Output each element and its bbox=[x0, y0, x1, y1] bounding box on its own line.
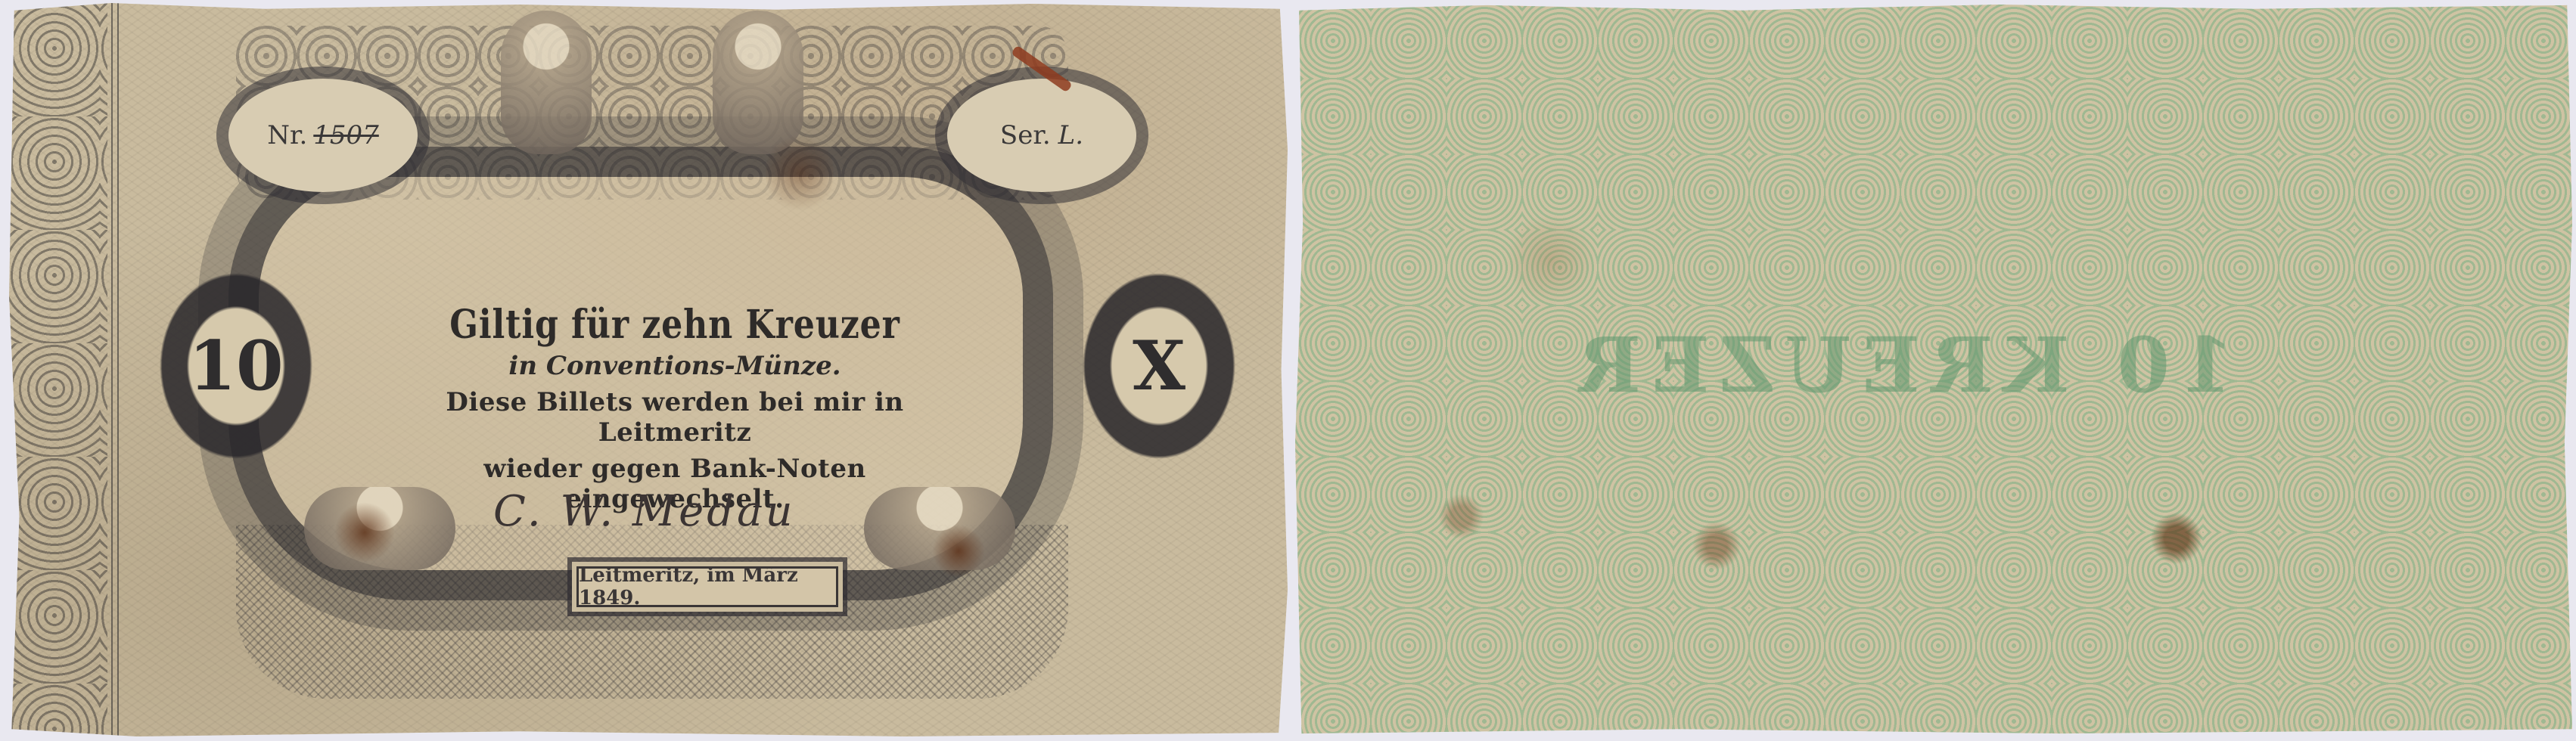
value-cartouche-right: X bbox=[1072, 260, 1246, 472]
note-text-block: Giltig für zehn Kreuzer in Conventions-M… bbox=[402, 302, 947, 514]
series-oval: Ser. L. bbox=[947, 79, 1136, 192]
denomination-heading: Giltig für zehn Kreuzer bbox=[443, 302, 906, 348]
date-place-text: Leitmeritz, im März 1849. bbox=[579, 564, 836, 609]
series-letter: L. bbox=[1058, 120, 1083, 150]
redemption-line-1: Diese Billets werden bei mir in Leitmeri… bbox=[402, 387, 947, 448]
series-label: Ser. bbox=[1000, 120, 1051, 150]
banknote-front: Nr. 1507 Ser. L. 10 X Giltig für zehn Kr… bbox=[9, 3, 1288, 736]
stain bbox=[932, 525, 985, 578]
value-cartouche-left: 10 bbox=[149, 260, 323, 472]
show-through-text: 10 KREUZER bbox=[1568, 321, 2233, 410]
issuer-signature: C. W. Medau bbox=[493, 487, 796, 536]
serial-number-oval: Nr. 1507 bbox=[228, 79, 418, 192]
stain bbox=[766, 132, 834, 215]
value-numeral-roman: X bbox=[1133, 326, 1185, 406]
value-numeral-arabic: 10 bbox=[188, 326, 283, 406]
stain bbox=[334, 502, 395, 563]
currency-line: in Conventions-Münze. bbox=[402, 351, 947, 381]
date-place-box: Leitmeritz, im März 1849. bbox=[576, 566, 838, 607]
banknote-back: 10 KREUZER bbox=[1295, 3, 2572, 736]
serial-label: Nr. bbox=[267, 120, 307, 150]
serial-number: 1507 bbox=[313, 120, 379, 150]
